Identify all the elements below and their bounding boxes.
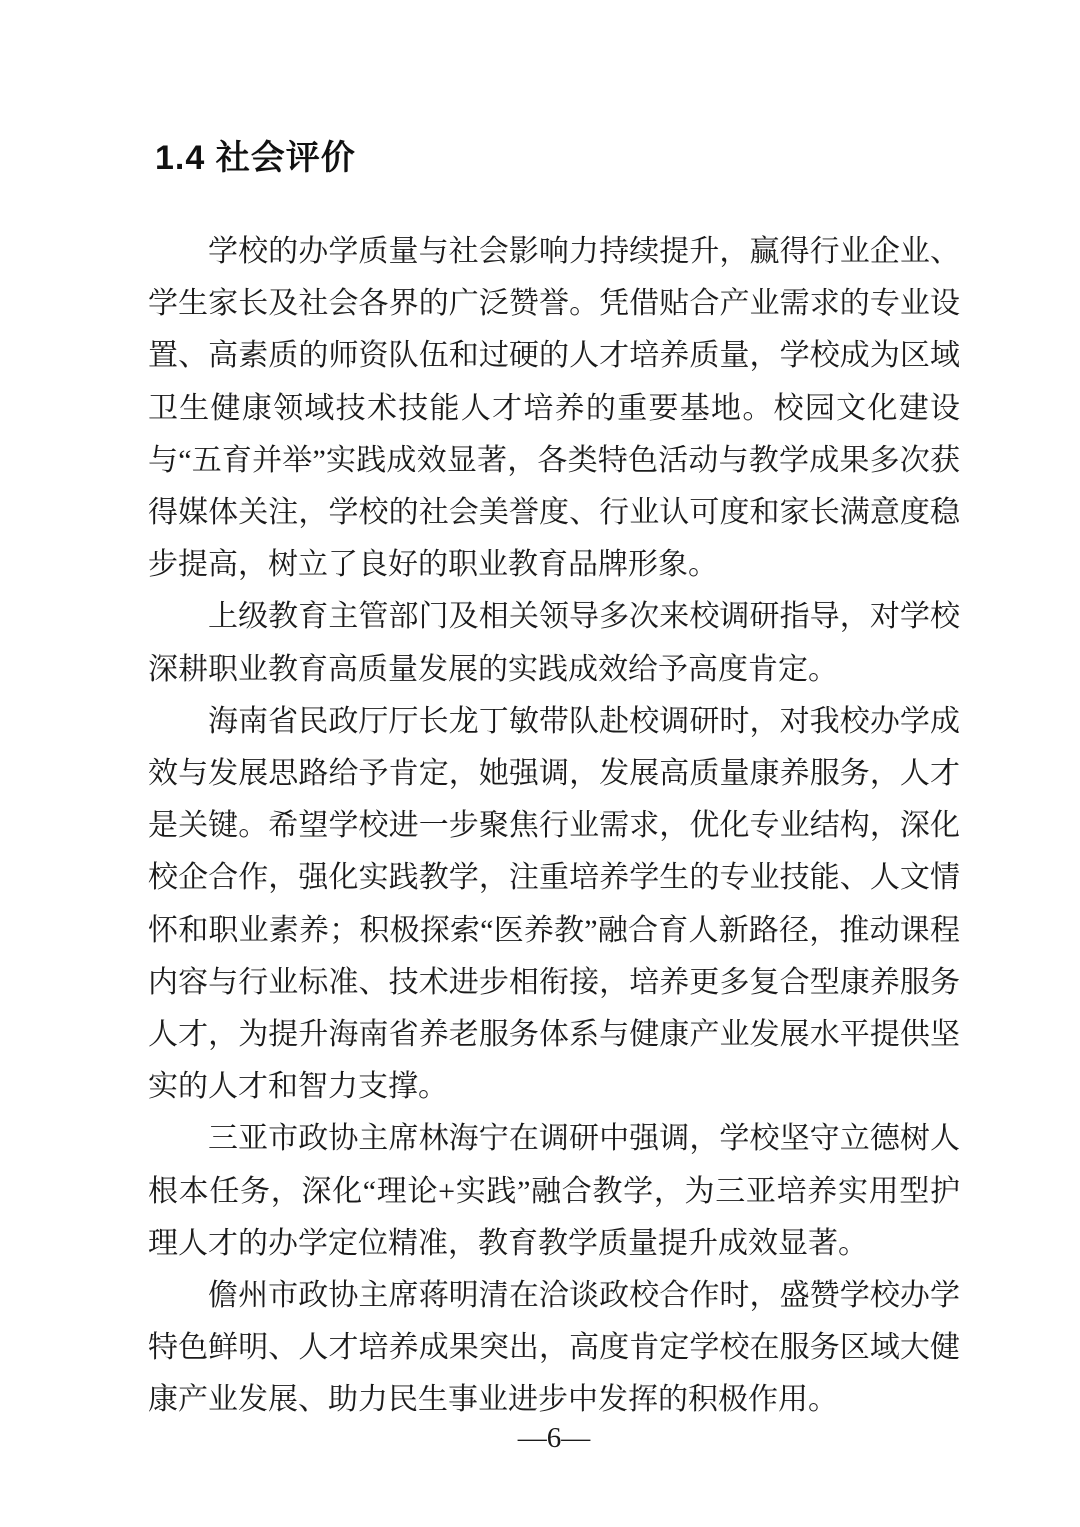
body-paragraph-5: 儋州市政协主席蒋明清在洽谈政校合作时，盛赞学校办学特色鲜明、人才培养成果突出，高… bbox=[148, 1270, 960, 1427]
body-paragraph-2: 上级教育主管部门及相关领导多次来校调研指导，对学校深耕职业教育高质量发展的实践成… bbox=[148, 591, 960, 695]
page-content: 1.4 社会评价 学校的办学质量与社会影响力持续提升，赢得行业企业、学生家长及社… bbox=[148, 136, 960, 1427]
body-paragraph-1: 学校的办学质量与社会影响力持续提升，赢得行业企业、学生家长及社会各界的广泛赞誉。… bbox=[148, 226, 960, 591]
document-page: 1.4 社会评价 学校的办学质量与社会影响力持续提升，赢得行业企业、学生家长及社… bbox=[0, 0, 1080, 1527]
section-heading: 1.4 社会评价 bbox=[155, 136, 960, 180]
body-paragraph-4: 三亚市政协主席林海宁在调研中强调，学校坚守立德树人根本任务，深化“理论+实践”融… bbox=[148, 1113, 960, 1270]
body-paragraph-3: 海南省民政厅厅长龙丁敏带队赴校调研时，对我校办学成效与发展思路给予肯定，她强调，… bbox=[148, 696, 960, 1114]
page-number: —6— bbox=[148, 1422, 960, 1455]
